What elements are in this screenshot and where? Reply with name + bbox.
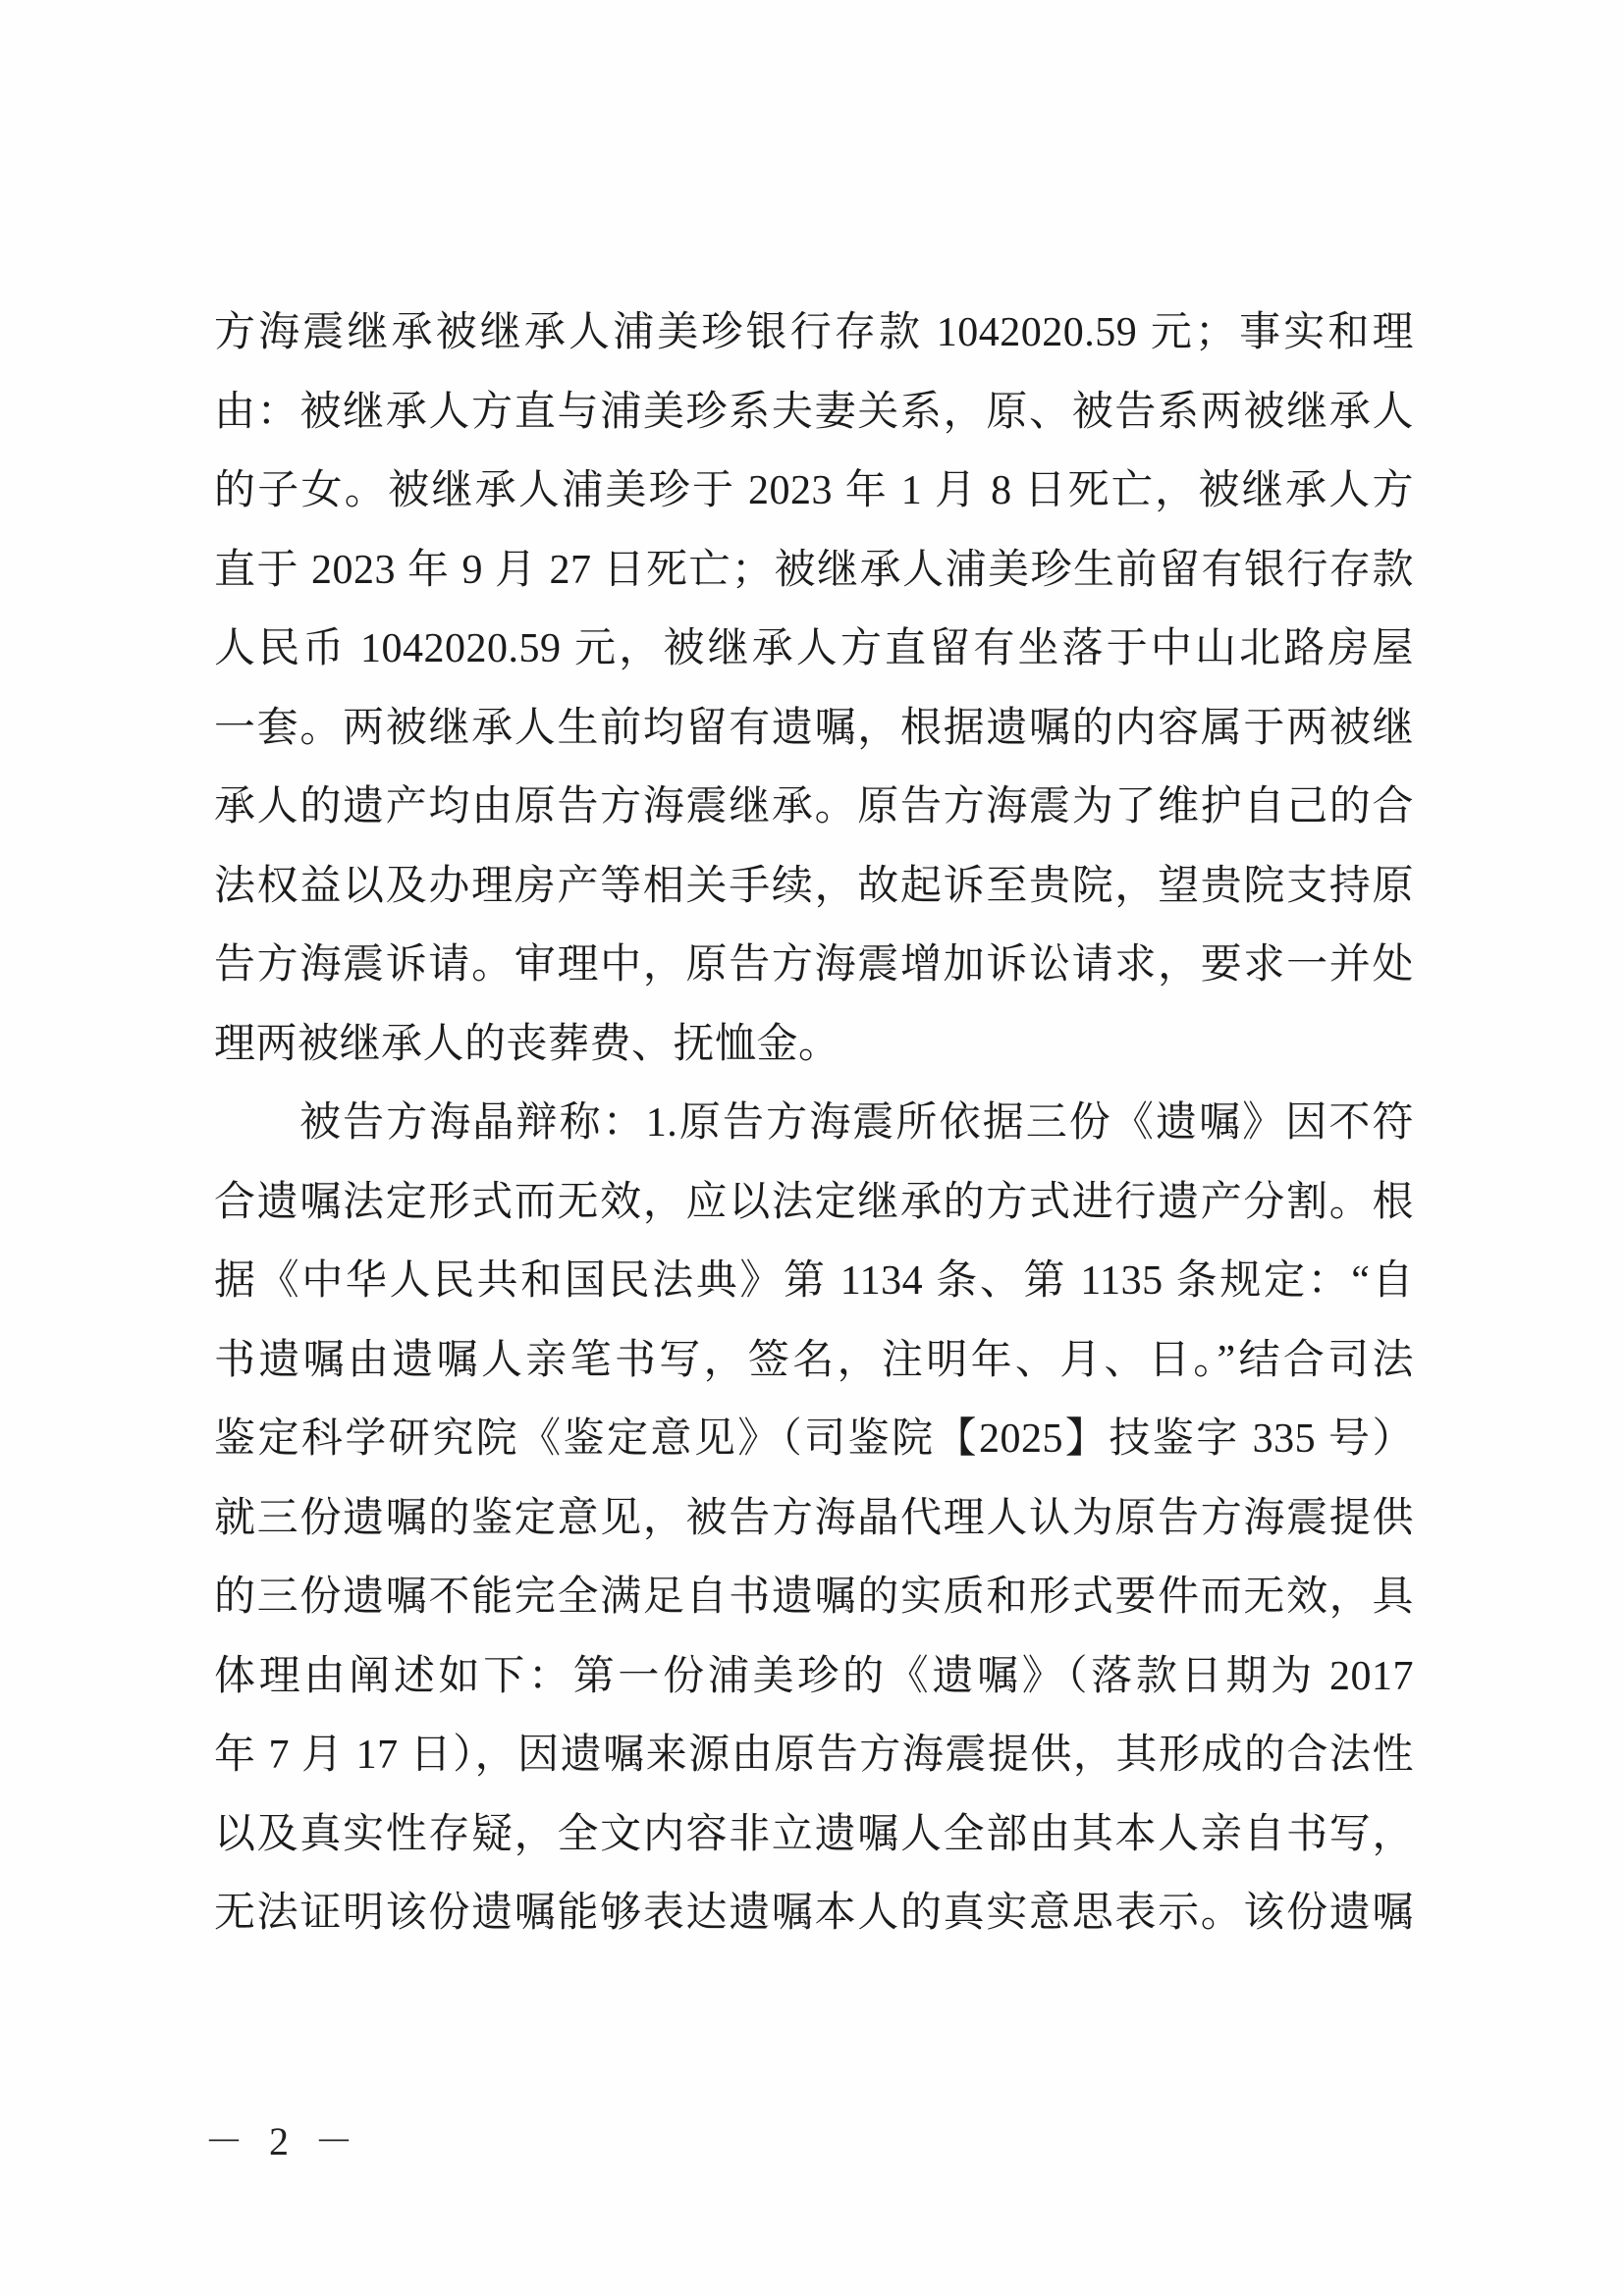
- document-body: 方海震继承被继承人浦美珍银行存款 1042020.59 元；事实和理 由：被继承…: [214, 294, 1414, 1953]
- document-page: 方海震继承被继承人浦美珍银行存款 1042020.59 元；事实和理 由：被继承…: [0, 0, 1624, 2296]
- body-line: 以及真实性存疑，全文内容非立遗嘱人全部由其本人亲自书写，: [214, 1795, 1414, 1875]
- body-line: 的子女。被继承人浦美珍于 2023 年 1 月 8 日死亡，被继承人方: [214, 452, 1414, 531]
- body-line: 无法证明该份遗嘱能够表达遗嘱本人的真实意思表示。该份遗嘱: [214, 1874, 1414, 1953]
- body-line: 据《中华人民共和国民法典》第 1134 条、第 1135 条规定：“自: [214, 1242, 1414, 1321]
- body-line: 体理由阐述如下：第一份浦美珍的《遗嘱》（落款日期为 2017: [214, 1637, 1414, 1717]
- body-line: 方海震继承被继承人浦美珍银行存款 1042020.59 元；事实和理: [214, 294, 1414, 373]
- page-number: － 2 －: [204, 2110, 361, 2166]
- body-line: 鉴定科学研究院《鉴定意见》（司鉴院【2025】技鉴字 335 号）: [214, 1400, 1414, 1479]
- body-line: 承人的遗产均由原告方海震继承。原告方海震为了维护自己的合: [214, 768, 1414, 847]
- body-line: 法权益以及办理房产等相关手续，故起诉至贵院，望贵院支持原: [214, 847, 1414, 927]
- body-line-paragraph-start: 被告方海晶辩称：1.原告方海震所依据三份《遗嘱》因不符: [214, 1084, 1414, 1163]
- body-line: 就三份遗嘱的鉴定意见，被告方海晶代理人认为原告方海震提供: [214, 1479, 1414, 1559]
- body-line: 书遗嘱由遗嘱人亲笔书写，签名，注明年、月、日。”结合司法: [214, 1321, 1414, 1401]
- body-line: 合遗嘱法定形式而无效，应以法定继承的方式进行遗产分割。根: [214, 1163, 1414, 1243]
- body-line: 年 7 月 17 日），因遗嘱来源由原告方海震提供，其形成的合法性: [214, 1716, 1414, 1795]
- body-line-paragraph-end: 理两被继承人的丧葬费、抚恤金。: [214, 1005, 1414, 1085]
- body-line: 告方海震诉请。审理中，原告方海震增加诉讼请求，要求一并处: [214, 926, 1414, 1005]
- body-line: 一套。两被继承人生前均留有遗嘱，根据遗嘱的内容属于两被继: [214, 689, 1414, 769]
- body-line: 直于 2023 年 9 月 27 日死亡；被继承人浦美珍生前留有银行存款: [214, 531, 1414, 611]
- body-line: 的三份遗嘱不能完全满足自书遗嘱的实质和形式要件而无效，具: [214, 1558, 1414, 1637]
- body-line: 由：被继承人方直与浦美珍系夫妻关系，原、被告系两被继承人: [214, 373, 1414, 453]
- body-line: 人民币 1042020.59 元，被继承人方直留有坐落于中山北路房屋: [214, 610, 1414, 689]
